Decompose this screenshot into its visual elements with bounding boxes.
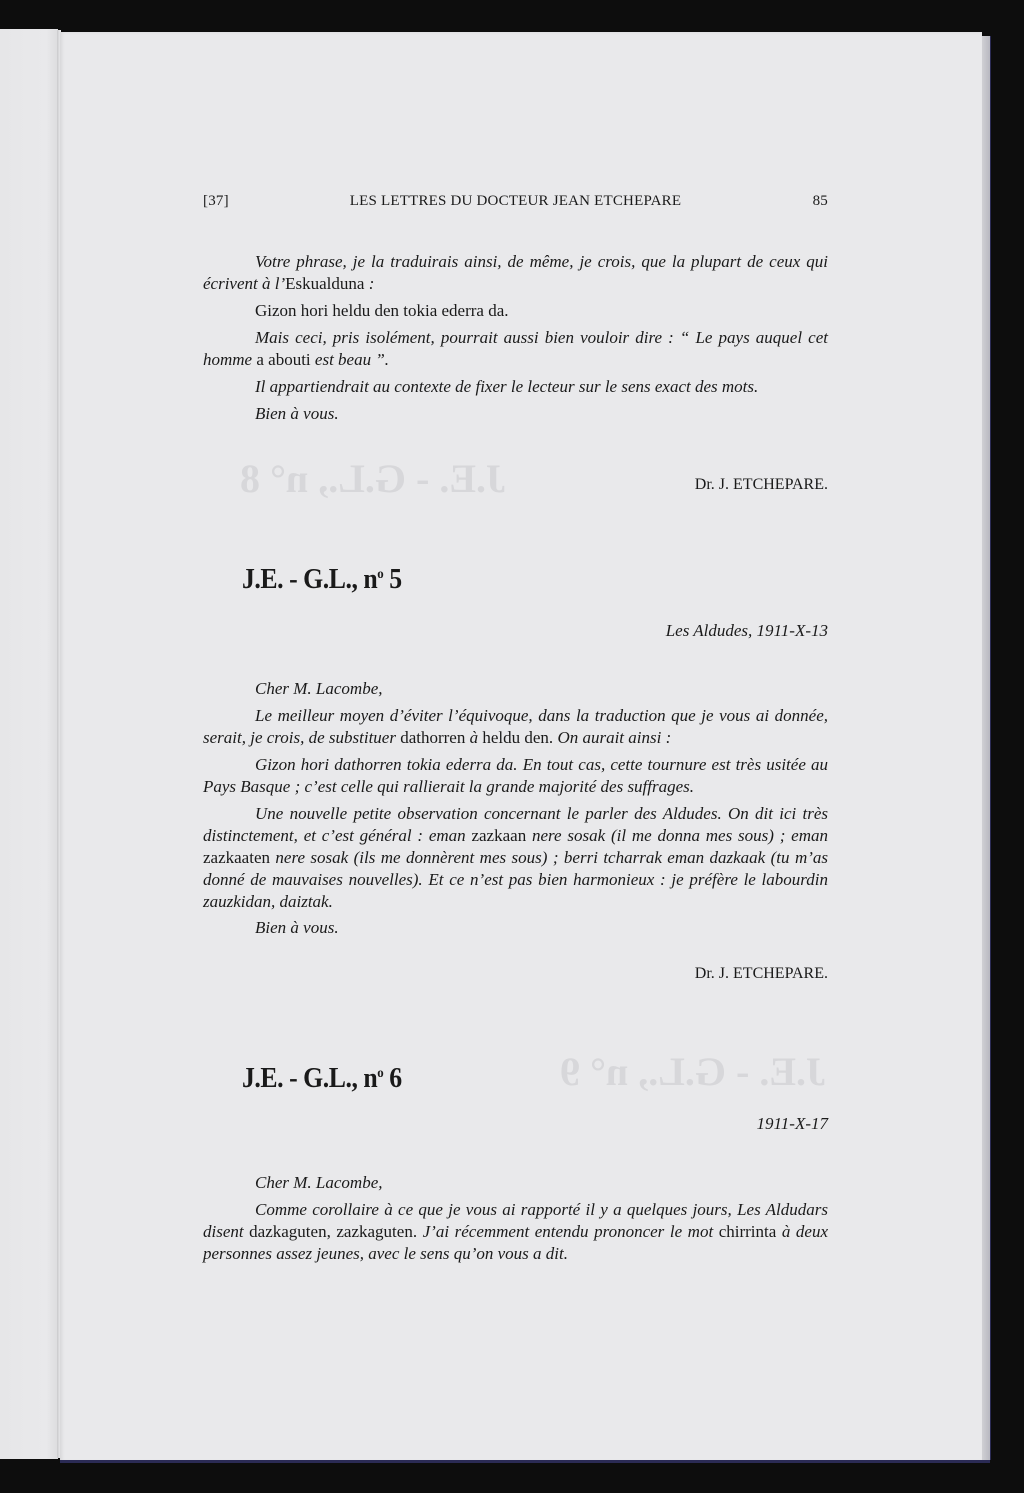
text: J’ai récemment entendu prononcer le mot: [417, 1222, 719, 1241]
basque-phrase: Gizon hori heldu den tokia ederra da.: [203, 300, 828, 322]
letter-heading: J.E. - G.L., no 5: [242, 564, 402, 596]
newspaper-name: Eskualduna: [285, 274, 364, 293]
text: à: [465, 728, 482, 747]
page-number: 85: [813, 193, 828, 210]
letter-4-ending: Votre phrase, je la traduirais ainsi, de…: [203, 251, 828, 425]
letter-heading: J.E. - G.L., no 6: [242, 1063, 402, 1095]
closing: Bien à vous.: [203, 403, 828, 425]
basque-word: zazkaaten: [203, 848, 270, 867]
left-page: [0, 29, 58, 1459]
text: est beau ”.: [315, 350, 389, 369]
dateline: 1911-X-17: [757, 1114, 828, 1134]
page-bottom-edge: [60, 1460, 990, 1463]
signature: Dr. J. ETCHEPARE.: [695, 965, 828, 983]
salutation: Cher M. Lacombe,: [203, 678, 828, 700]
running-title: LES LETTRES DU DOCTEUR JEAN ETCHEPARE: [203, 193, 828, 210]
paragraph: Mais ceci, pris isolément, pourrait auss…: [203, 327, 828, 371]
paragraph: Le meilleur moyen d’éviter l’équivoque, …: [203, 705, 828, 749]
heading-text: J.E. - G.L., n: [242, 564, 377, 595]
letter-6-body: Cher M. Lacombe, Comme corollaire à ce q…: [203, 1172, 828, 1265]
basque-word: chirrinta: [719, 1222, 777, 1241]
basque-word: zazkaan: [471, 826, 526, 845]
paragraph: Il appartiendrait au contexte de fixer l…: [203, 376, 828, 398]
dateline: Les Aldudes, 1911-X-13: [666, 621, 828, 641]
text: nere sosak (il me donna mes sous) ; eman: [526, 826, 828, 845]
basque-word: heldu den.: [482, 728, 553, 747]
paragraph: Gizon hori dathorren tokia ederra da. En…: [203, 754, 828, 798]
letter-5-body: Cher M. Lacombe, Le meilleur moyen d’évi…: [203, 678, 828, 939]
heading-number: 5: [383, 564, 401, 595]
running-head: [37] LES LETTRES DU DOCTEUR JEAN ETCHEPA…: [203, 193, 828, 213]
text: nere sosak (ils me donnèrent mes sous) ;…: [203, 848, 828, 911]
paragraph: Votre phrase, je la traduirais ainsi, de…: [203, 251, 828, 295]
salutation: Cher M. Lacombe,: [203, 1172, 828, 1194]
signature: Dr. J. ETCHEPARE.: [695, 476, 828, 494]
page-edge: [982, 36, 991, 1460]
basque-word: a abouti: [252, 350, 315, 369]
heading-number: 6: [383, 1063, 401, 1094]
basque-word: dathorren: [400, 728, 465, 747]
basque-word: dazkaguten, zazkaguten.: [249, 1222, 417, 1241]
text: :: [364, 274, 374, 293]
paragraph: Comme corollaire à ce que je vous ai rap…: [203, 1199, 828, 1265]
text: On aurait ainsi :: [553, 728, 671, 747]
closing: Bien à vous.: [203, 917, 828, 939]
paragraph: Une nouvelle petite observation concerna…: [203, 803, 828, 913]
heading-text: J.E. - G.L., n: [242, 1063, 377, 1094]
